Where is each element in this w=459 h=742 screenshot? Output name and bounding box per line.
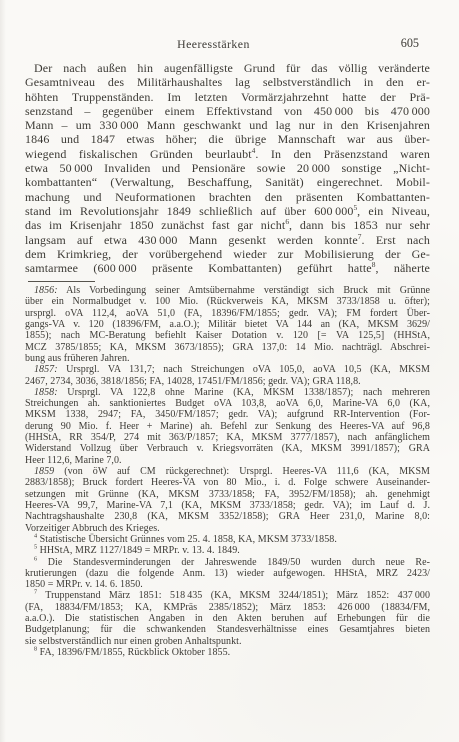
text-line: Nachtragshaushalte 230,8 (KA, MKSM 3352/… (25, 511, 430, 522)
text-line: Vorzeitiger Abbruch des Krieges. (25, 523, 430, 534)
text-line: (FA, 18834/FM/1853; KA, KMPräs 2385/1852… (25, 602, 430, 613)
text-line: das im Krisenjahr 1850 zunächst fast gar… (25, 218, 430, 232)
text-line: höhten Truppenständen. Im letzten Vormär… (25, 90, 430, 104)
running-header-title: Heeresstärken (11, 37, 416, 51)
text-line: Budgetplanung; für die schwankenden Stan… (25, 624, 430, 635)
text-line: wiegend fiskalischen Gründen beurlaubt4.… (25, 147, 430, 161)
text-line: setzungen mit Grünne (KA, MKSM 3733/1858… (25, 489, 430, 500)
book-page: Heeresstärken 605 Der nach außen hin aug… (0, 0, 459, 742)
footnote-separator (28, 281, 95, 282)
text-line: 7 Truppenstand März 1851: 518 435 (KA, M… (25, 590, 430, 601)
text-line: senzstand – gegenüber einem Effektivstan… (25, 104, 430, 118)
text-line: MKSM 1338, 2947; FA, 3450/FM/1857; gedr.… (25, 409, 430, 420)
text-line: 1850 = MRPr. v. 14. 6. 1850. (25, 579, 430, 590)
text-line: Der nach außen hin augenfälligste Grund … (25, 61, 430, 75)
text-line: 1856: Als Vorbedingung seiner Amtsüberna… (25, 285, 430, 296)
text-line: 5 HHStA, MRZ 1127/1849 = MRPr. v. 13. 4.… (25, 545, 430, 556)
text-line: machung und Neuformationen brachten den … (25, 190, 430, 204)
body-text: Der nach außen hin augenfälligste Grund … (25, 61, 430, 275)
text-line: gangs-VA v. 120 (18396/FM, a.a.O.); Mili… (25, 319, 430, 330)
text-line: langsam auf etwa 430 000 Mann gesenkt we… (25, 233, 430, 247)
text-line: Heer 112,6, Marine 7,0. (25, 455, 430, 466)
text-line: 1846 und 1847 etwas höher; die übrige Ma… (25, 132, 430, 146)
footnotes: 1856: Als Vorbedingung seiner Amtsüberna… (25, 285, 430, 658)
text-line: ursprgl. oVA 112,4, aoVA 51,0 (FA, 18396… (25, 308, 430, 319)
text-line: 4 Statistische Übersicht Grünnes vom 25.… (25, 534, 430, 545)
text-line: 1859 (von öW auf CM rückgerechnet): Ursp… (25, 466, 430, 477)
text-line: bung aus früheren Jahren. (25, 353, 430, 364)
text-line: kombattanten“ (Verwaltung, Beschaffung, … (25, 175, 430, 189)
text-line: Gesamtniveau des Militärhaushaltes lag s… (25, 75, 430, 89)
text-line: Widerstand Vollzug über Verbrauch v. Kri… (25, 443, 430, 454)
text-line: (HHStA, RR 354/P, 274 mit 363/P/1857; KA… (25, 432, 430, 443)
text-line: etwa 50 000 Invaliden und Pensionäre sow… (25, 161, 430, 175)
text-line: krutierungen (dazu die folgende Anm. 13)… (25, 568, 430, 579)
text-line: 2883/1858); Bruck fordert Heeres-VA von … (25, 477, 430, 488)
text-line: sie selbstverständlich nur einen groben … (25, 636, 430, 647)
text-line: derung 90 Mio. f. Heer + Marine) ah. Bef… (25, 421, 430, 432)
text-line: Heeres-VA 99,7, Marine-VA 7,1 (KA, MKSM … (25, 500, 430, 511)
text-line: 1855); nach MC-Beratung befiehlt Kaiser … (25, 330, 430, 341)
text-line: Mann – um 330 000 Mann geschwankt und la… (25, 118, 430, 132)
text-line: 1857: Ursprgl. VA 131,7; nach Streichung… (25, 364, 430, 375)
text-line: samtarmee (600 000 präsente Kombattanten… (25, 261, 430, 275)
page-number: 605 (401, 36, 419, 50)
running-header: Heeresstärken 605 (25, 37, 430, 52)
text-line: stand im Revolutionsjahr 1849 schließlic… (25, 204, 430, 218)
text-line: 1858: Ursprgl. VA 122,8 ohne Marine (KA,… (25, 387, 430, 398)
text-line: 2467, 2734, 3036, 3818/1856; FA, 14028, … (25, 376, 430, 387)
text-line: Streichungen ah. sanktioniertes Budget o… (25, 398, 430, 409)
text-line: 8 FA, 18396/FM/1855, Rückblick Oktober 1… (25, 647, 430, 658)
text-line: 6 Die Standesverminderungen der Jahreswe… (25, 557, 430, 568)
text-line: dem Krimkrieg, der vorübergehend wieder … (25, 247, 430, 261)
text-line: über ein Normalbudget v. 100 Mio. (Rückv… (25, 296, 430, 307)
text-line: MCZ 3785/1855; KA, MKSM 3673/1855); GRA … (25, 342, 430, 353)
text-line: a.a.O.). Die statistischen Angaben in de… (25, 613, 430, 624)
